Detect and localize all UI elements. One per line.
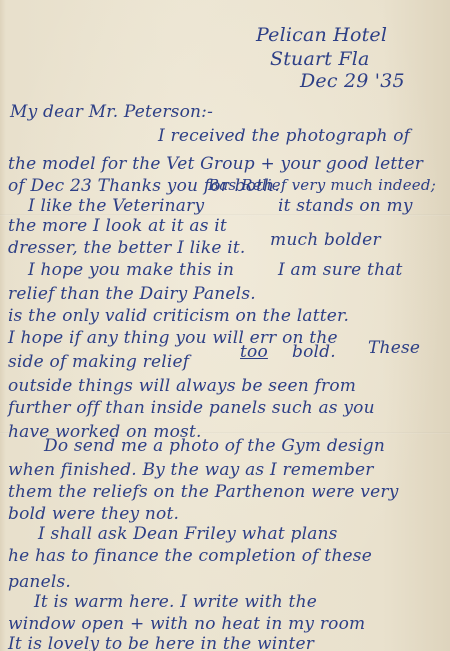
letter-line: the more I look at it as it: [8, 218, 227, 235]
letter-line: It is lovely to be here in the winter: [8, 636, 314, 651]
letter-page: Pelican Hotel Stuart Fla Dec 29 '35 My d…: [0, 0, 450, 651]
letter-line: side of making relief: [8, 354, 189, 371]
underlined-word: too: [240, 344, 268, 361]
letter-line: outside things will always be seen from: [8, 378, 356, 395]
letter-line: further off than inside panels such as y…: [8, 400, 375, 417]
letter-line: It is warm here. I write with the: [34, 594, 317, 611]
letter-line: These: [368, 340, 420, 357]
letter-line: when finished. By the way as I remember: [8, 462, 374, 479]
letter-line: he has to finance the completion of thes…: [8, 548, 372, 565]
header-place: Stuart Fla: [270, 50, 370, 69]
letter-line: I like the Veterinary: [28, 198, 204, 215]
letter-line: is the only valid criticism on the latte…: [8, 308, 349, 325]
letter-line: bold were they not.: [8, 506, 179, 523]
header-hotel: Pelican Hotel: [256, 26, 387, 45]
letter-line-insert: much bolder: [270, 232, 381, 249]
letter-line: bold.: [292, 344, 336, 361]
letter-line: I hope if any thing you will err on the: [8, 330, 338, 347]
letter-line: Do send me a photo of the Gym design: [44, 438, 385, 455]
letter-line: panels.: [8, 574, 71, 591]
letter-line: I received the photograph of: [158, 128, 410, 145]
letter-line-insert: Bas Relief very much indeed;: [208, 178, 436, 193]
letter-line: I shall ask Dean Friley what plans: [38, 526, 338, 543]
letter-line: it stands on my: [278, 198, 413, 215]
letter-line: I am sure that: [278, 262, 403, 279]
letter-line: I hope you make this in: [28, 262, 234, 279]
letter-line: window open + with no heat in my room: [8, 616, 365, 633]
header-date: Dec 29 '35: [300, 72, 405, 91]
letter-line: the model for the Vet Group + your good …: [8, 156, 423, 173]
letter-line: relief than the Dairy Panels.: [8, 286, 256, 303]
salutation: My dear Mr. Peterson:-: [10, 104, 213, 121]
letter-line: dresser, the better I like it.: [8, 240, 246, 257]
letter-line: them the reliefs on the Parthenon were v…: [8, 484, 399, 501]
